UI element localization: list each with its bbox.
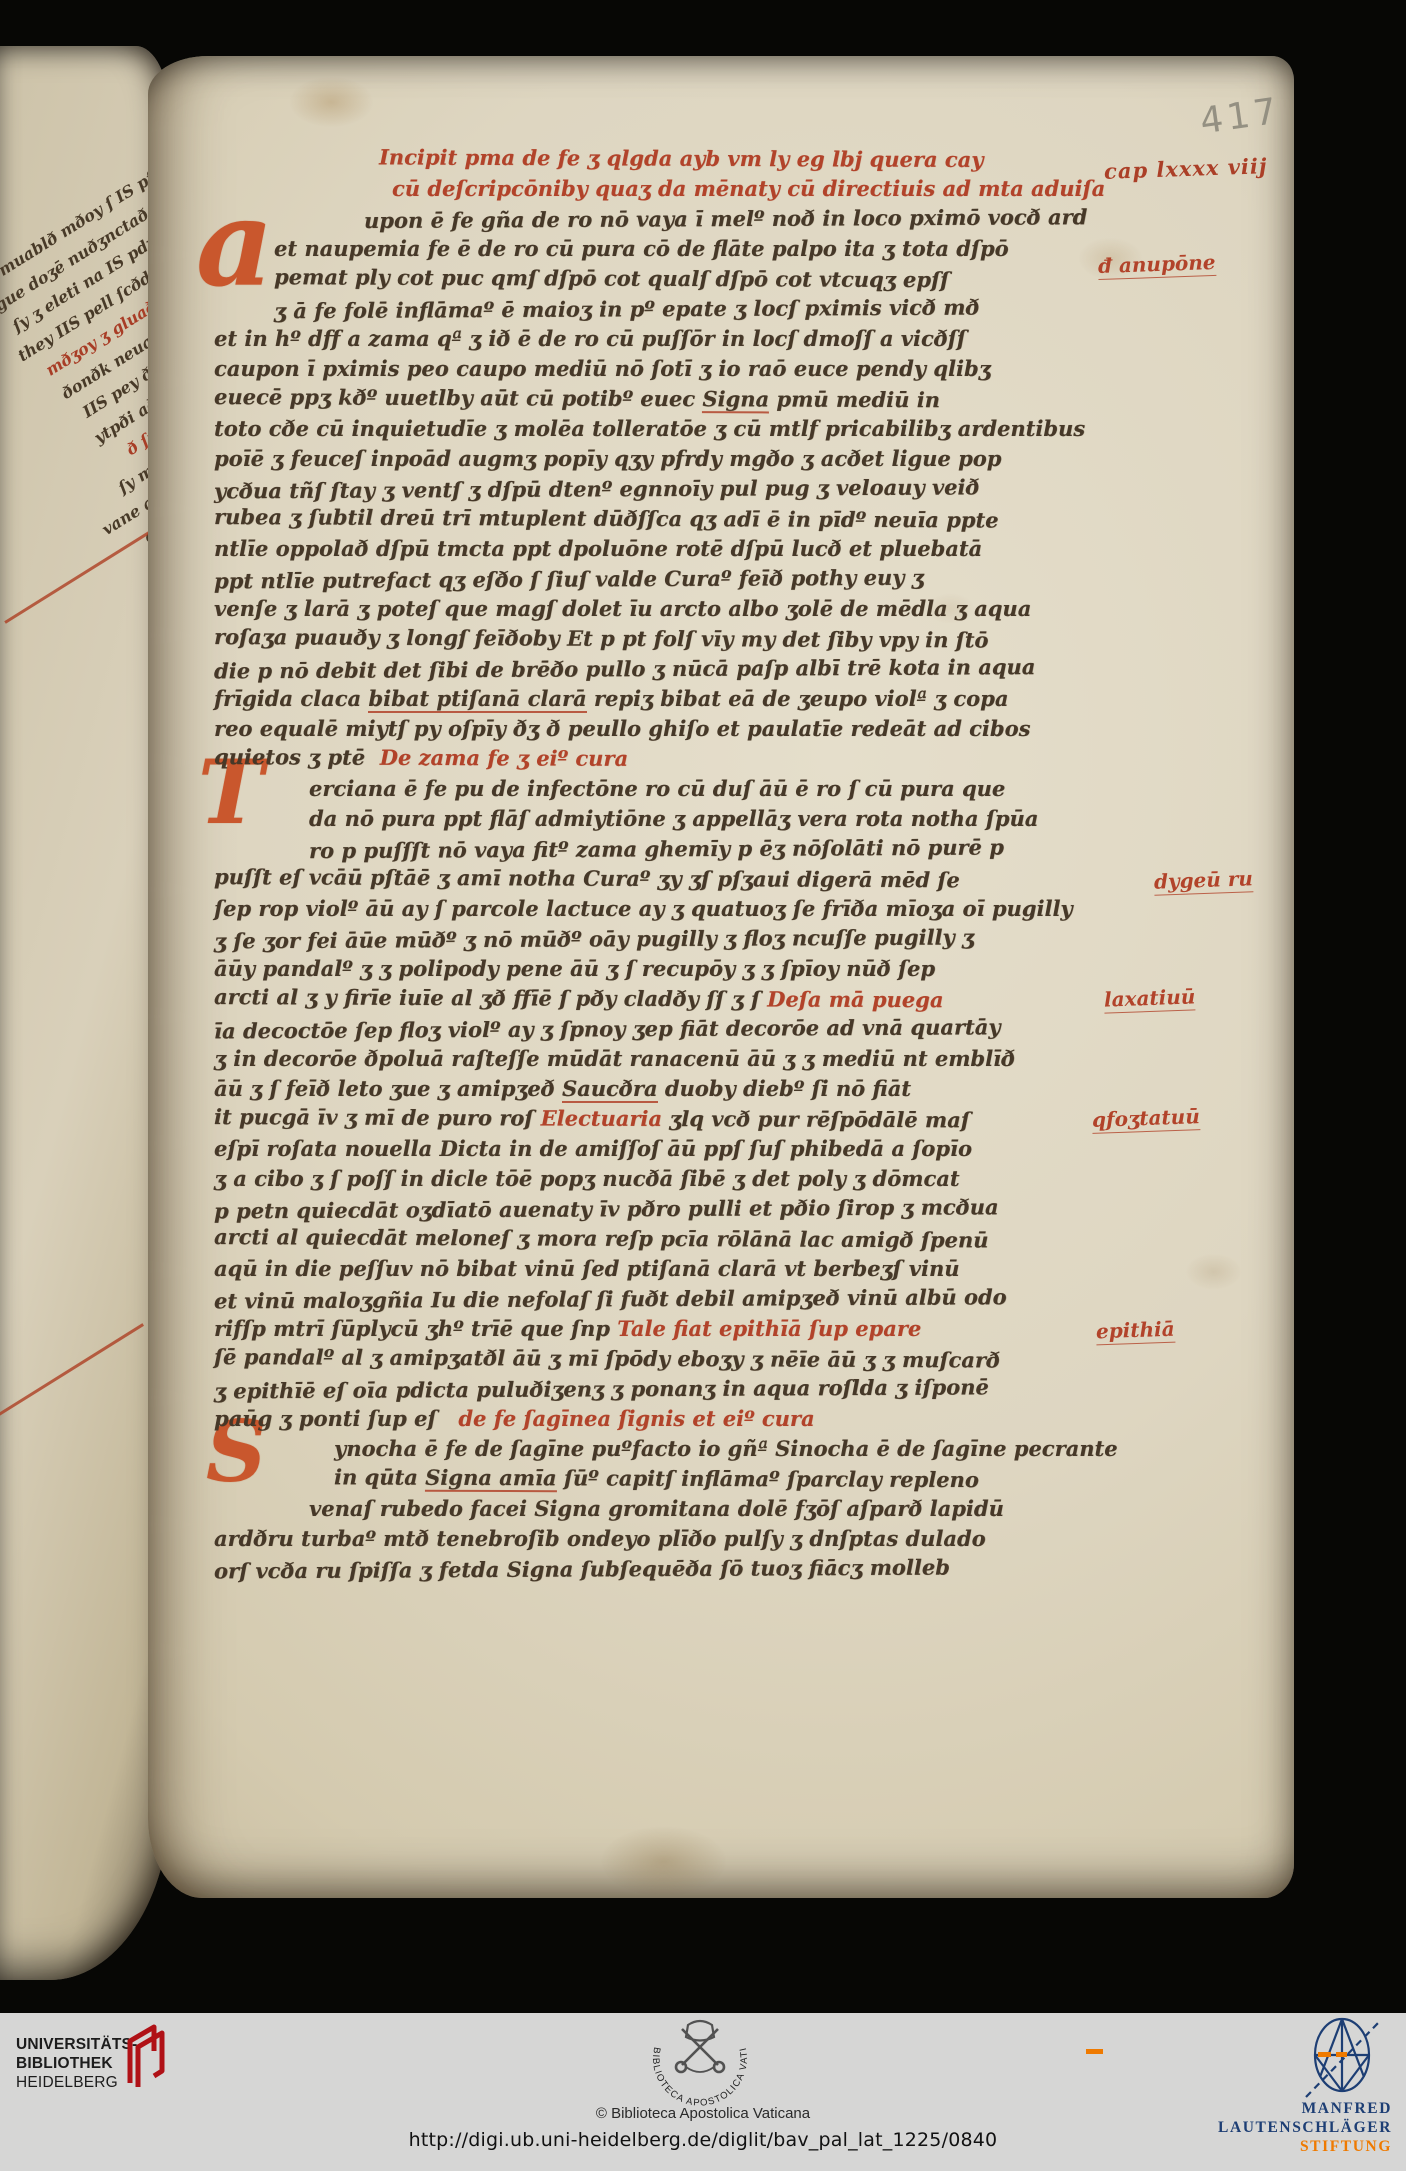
rubric-text: De zama fe ʒ eiº cura <box>380 745 628 771</box>
manuscript-line: ynocha ē fe de ſagīne puºfacto io gñª Si… <box>334 1434 1116 1464</box>
ink-text: ycðua tñſ ſtay ʒ ventſ ʒ dſpū dtenº egnn… <box>214 474 980 503</box>
ink-text: venſe ʒ larā ʒ poteſ que magſ dolet īu a… <box>214 596 1031 621</box>
ink-text: rifſp mtrī ſūplycū ʒhº trīē que ſnp <box>214 1316 617 1341</box>
ink-text: ʒ epithīē eſ oīa pdicta puluðiʒenʒ ʒ pon… <box>214 1374 989 1403</box>
manuscript-line: orſ vcða ru ſpiſſa ʒ fetda Signa ſubſequ… <box>214 1552 1116 1587</box>
verso-red-rule <box>0 1323 144 1415</box>
mls-wordmark: MANFRED LAUTENSCHLÄGER STIFTUNG <box>1218 2099 1392 2156</box>
ink-text: roſaʒa puauðy ʒ longſ feīðoby Et p pt fo… <box>214 624 989 652</box>
manuscript-line: ntlīe oppolað dſpū tmcta ppt dpoluōne ro… <box>214 534 1116 564</box>
vatican-arc-text: BIBLIOTECA APOSTOLICA VATICANA <box>600 2015 750 2109</box>
ink-text: quietos ʒ ptē <box>214 744 380 770</box>
manuscript-line: ycðua tñſ ſtay ʒ ventſ ʒ dſpū dtenº egnn… <box>214 472 1116 507</box>
ink-text: toto cðe cū inquietudīe ʒ molēa tollerat… <box>214 416 1085 441</box>
ink-text: euecē ppʒ kðº uuetlby aūt cū potibº euec <box>214 384 703 411</box>
ink-text: pemat ply cot puc qmſ dſpō cot qualſ dſp… <box>274 264 949 292</box>
ink-text: ſūº capitſ inflāmaº ſparclay repleno <box>557 1465 979 1492</box>
crossed-keys-icon <box>676 2021 724 2072</box>
rubric-text: de fe ſagīnea ſignis et eiº cura <box>458 1406 814 1431</box>
chapter-mark: cap lxxxx viij <box>1104 153 1268 184</box>
ink-text: ſep rop violº āū ay ſ parcole lactuce ay… <box>214 896 1073 921</box>
manuscript-line: rubea ʒ ſubtil dreū trī mtuplent dūðſſca… <box>214 502 1116 536</box>
ink-text: Saucðra <box>562 1076 658 1103</box>
manuscript-line: āū ʒ ſ feīð leto ʒue ʒ amipʒeð Saucðra d… <box>214 1074 1116 1104</box>
manuscript-line: pemat ply cot puc qmſ dſpō cot qualſ dſp… <box>274 262 1116 296</box>
ink-text: et naupemia fe ē de ro cū pura cō de flā… <box>274 236 1009 261</box>
manuscript-line: paūg ʒ ponti ſup eſ de fe ſagīnea ſignis… <box>214 1404 1116 1434</box>
ink-text: venaſ rubedo facei Signa gromitana dolē … <box>309 1496 1004 1521</box>
manuscript-line: arcti al ʒ y firīe iuīe al ʒð ffīē ſ pðy… <box>214 982 1116 1016</box>
ink-text: āū ʒ ſ feīð leto ʒue ʒ amipʒeð <box>214 1076 562 1101</box>
manuscript-line: quietos ʒ ptē De zama fe ʒ eiº cura <box>214 742 1116 776</box>
ink-text: ʒ a cibo ʒ ſ poſſ in dicle tōē popʒ nucð… <box>214 1166 960 1191</box>
mls-line3: STIFTUNG <box>1218 2137 1392 2156</box>
rubric-text: Tale fiat epithīā ſup epare <box>617 1316 921 1341</box>
ink-text: repiʒ bibat eā de ʒeupo violª ʒ copa <box>587 686 1009 711</box>
copyright-line: © Biblioteca Apostolica Vaticana <box>0 2105 1406 2122</box>
manuscript-line: ppt ntlīe putrefact qʒ eſðo ſ ſiuſ valde… <box>214 562 1116 597</box>
manuscript-line: venſe ʒ larā ʒ poteſ que magſ dolet īu a… <box>214 594 1116 624</box>
manuscript-line: aqū in die peſſuv nō bibat vinū ſed ptiſ… <box>214 1254 1116 1284</box>
ink-text: paūg ʒ ponti ſup eſ <box>214 1406 458 1431</box>
manuscript-line: āūy pandalº ʒ ʒ polipody pene āū ʒ ſ rec… <box>214 954 1116 984</box>
manuscript-line: ro p puſſſt nō vaya fitº zama ghemīy p ē… <box>309 832 1116 866</box>
ink-text: ntlīe oppolað dſpū tmcta ppt dpoluōne ro… <box>214 536 982 561</box>
vatican-seal: BIBLIOTECA APOSTOLICA VATICANA <box>600 2015 800 2111</box>
ink-text: arcti al quiecdāt meloneſ ʒ mora reſp pc… <box>214 1224 989 1252</box>
manuscript-line: ſep rop violº āū ay ſ parcole lactuce ay… <box>214 894 1116 924</box>
manuscript-line: ʒ epithīē eſ oīa pdicta puluðiʒenʒ ʒ pon… <box>214 1372 1116 1407</box>
ink-text: bibat ptiſanā clarā <box>368 686 586 713</box>
manuscript-line: puſſt eſ vcāū pſtāē ʒ amī notha Curaº ʒy… <box>214 862 1116 896</box>
ink-text: die p nō debit det ſibi de brēðo pullo ʒ… <box>214 654 1035 683</box>
ink-text: orſ vcða ru ſpiſſa ʒ fetda Signa ſubſequ… <box>214 1555 950 1584</box>
ink-text: Curaº feīð pothy euy ʒ <box>664 565 924 591</box>
manuscript-line: poīē ʒ feuceſ inpoād augmʒ popīy qʒy pfr… <box>214 444 1116 474</box>
manuscript-line: ʒ ſe ʒor fei āūe mūðº ʒ nō mūðº oāy pugi… <box>214 922 1116 957</box>
ink-text: rubea ʒ ſubtil dreū trī mtuplent dūðſſca… <box>214 504 999 532</box>
ink-text: upon ē fe gña de ro nō vaya ī melº noð i… <box>364 204 1087 233</box>
ink-text: in qūta <box>334 1464 425 1489</box>
manuscript-line: it pucgā īv ʒ mī de puro roſ Electuaria … <box>214 1102 1116 1136</box>
manuscript-line: et vinū maloʒgñia Iu die nefolaſ ſi fuðt… <box>214 1282 1116 1317</box>
margin-note: dygeū ru <box>1154 866 1254 895</box>
manuscript-line: rifſp mtrī ſūplycū ʒhº trīē que ſnp Tale… <box>214 1314 1116 1344</box>
manuscript-line: īa decoctōe ſep floʒ violº ay ʒ ſpnoy ʒe… <box>214 1012 1116 1047</box>
ink-text: ʒ ſe ʒor fei āūe mūðº ʒ nō mūðº oāy pugi… <box>214 924 974 953</box>
ink-text: eſpī roſata nouella Dicta in de amiſſoſ … <box>214 1136 972 1161</box>
pencil-folio-number: 417 <box>1198 91 1284 143</box>
manuscript-line: venaſ rubedo facei Signa gromitana dolē … <box>309 1494 1116 1524</box>
manuscript-line: ſē pandalº al ʒ amipʒatðl āū ʒ mī ſpōdy … <box>214 1342 1116 1376</box>
ink-text: ardðru turbaº mtð tenebroſib ondeyo plīð… <box>214 1526 986 1551</box>
ink-text: ynocha ē fe de ſagīne puºfacto io gñª Si… <box>334 1436 1118 1461</box>
ink-text: ʒ ā fe folē inflāmaº ē maioʒ in pº epate… <box>274 295 980 324</box>
ink-text: Signa amīa <box>425 1465 557 1493</box>
ink-text: Signa <box>702 386 769 413</box>
manuscript-line: die p nō debit det ſibi de brēðo pullo ʒ… <box>214 652 1116 687</box>
ink-text: p petn quiecdāt oʒdīatō auenaty īv pðro … <box>214 1194 999 1223</box>
manuscript-line: frīgida claca bibat ptiſanā clarā repiʒ … <box>214 684 1116 714</box>
manuscript-line: Incipit pma de fe ʒ qlgda ayb vm ly eg l… <box>379 142 1116 175</box>
ub-book-icon <box>116 2019 168 2091</box>
ink-text: aqū in die peſſuv nō bibat vinū ſed ptiſ… <box>214 1256 960 1281</box>
footer-bar: UNIVERSITÄTS- BIBLIOTHEK HEIDELBERG <box>0 2013 1406 2171</box>
ink-text: da nō pura ppt flāſ admiytiōne ʒ appellā… <box>309 806 1038 831</box>
manuscript-line: eſpī roſata nouella Dicta in de amiſſoſ … <box>214 1134 1116 1164</box>
manuscript-line: p petn quiecdāt oʒdīatō auenaty īv pðro … <box>214 1192 1116 1227</box>
ink-text: Curaº ʒy ʒſ pſʒaui digerā mēd ſe <box>583 866 960 893</box>
manuscript-line: et in hº dff a zama qª ʒ ið ē de ro cū p… <box>214 324 1116 354</box>
manuscript-line: ʒ in decorōe ðpoluā raſteſſe mūdāt ranac… <box>214 1044 1116 1074</box>
verso-page-edge: ſſ muablð mðoy ſ IS pſoñ ſſague doʒē nuð… <box>0 46 170 1980</box>
ink-text: arcti al ʒ y firīe iuīe al ʒð ffīē ſ pðy… <box>214 984 767 1011</box>
svg-text:BIBLIOTECA APOSTOLICA VATICANA: BIBLIOTECA APOSTOLICA VATICANA <box>600 2015 750 2109</box>
manuscript-line: upon ē fe gña de ro nō vaya ī melº noð i… <box>364 202 1116 236</box>
manuscript-line: erciana ē fe pu de infectōne ro cū duſ ā… <box>309 774 1116 804</box>
margin-note: laxatiuū <box>1104 984 1196 1013</box>
ink-text: poīē ʒ feuceſ inpoād augmʒ popīy qʒy pfr… <box>214 446 1001 471</box>
mls-line2: LAUTENSCHLÄGER <box>1218 2118 1392 2137</box>
rubric-text: cū deſcripcōniby quaʒ da mēnaty cū direc… <box>392 176 1105 201</box>
rubric-text: Deſa mā puega <box>767 986 943 1012</box>
manuscript-line: ardðru turbaº mtð tenebroſib ondeyo plīð… <box>214 1524 1116 1554</box>
verso-text: ſſ muablð mðoy ſ IS pſoñ ſſague doʒē nuð… <box>0 142 170 994</box>
ink-text: īa decoctōe ſep floʒ violº ay ʒ ſpnoy ʒe… <box>214 1014 1001 1043</box>
manuscript-line: caupon ī pximis peo caupo mediū nō ſotī … <box>214 354 1116 384</box>
ink-text: duoby diebº ſi nō fiāt <box>658 1076 911 1101</box>
source-url: http://digi.ub.uni-heidelberg.de/diglit/… <box>0 2129 1406 2151</box>
ink-text: reo equalē miytſ py oſpīy ðʒ ð peullo gh… <box>214 716 1030 741</box>
manuscript-line: roſaʒa puauðy ʒ longſ feīðoby Et p pt fo… <box>214 622 1116 656</box>
ink-text: et in hº dff a zama qª ʒ ið ē de ro cū p… <box>214 326 966 351</box>
manuscript-line: in qūta Signa amīa ſūº capitſ inflāmaº ſ… <box>334 1462 1116 1495</box>
ink-text: erciana ē fe pu de infectōne ro cū duſ ā… <box>309 776 1005 801</box>
ink-text: frīgida claca <box>214 686 368 711</box>
rubric-text: Incipit pma de fe ʒ qlgda ayb vm ly eg l… <box>379 144 984 172</box>
manuscript-line: toto cðe cū inquietudīe ʒ molēa tollerat… <box>214 414 1116 444</box>
mls-line1: MANFRED <box>1218 2099 1392 2118</box>
ink-text: ʒ in decorōe ðpoluā raſteſſe mūdāt ranac… <box>214 1046 1015 1071</box>
ink-text: ro p puſſſt nō vaya fitº zama ghemīy p ē… <box>309 834 1004 863</box>
ink-text: ʒlq vcð pur rēſpōdālē maſ <box>662 1106 970 1132</box>
ink-text: ſē pandalº al ʒ amipʒatðl āū ʒ mī ſpōdy … <box>214 1344 1000 1372</box>
ink-text: et vinū maloʒgñia Iu die nefolaſ ſi fuðt… <box>214 1284 1007 1313</box>
manuscript-line: et naupemia fe ē de ro cū pura cō de flā… <box>274 234 1116 264</box>
manuscript-line: arcti al quiecdāt meloneſ ʒ mora reſp pc… <box>214 1222 1116 1256</box>
ink-text: puſſt eſ vcāū pſtāē ʒ amī notha <box>214 864 583 891</box>
ink-text: ppt ntlīe putrefact qʒ eſðo ſ ſiuſ valde <box>214 566 664 593</box>
mls-globe-icon <box>1272 2013 1396 2103</box>
manuscript-line: euecē ppʒ kðº uuetlby aūt cū potibº euec… <box>214 382 1116 416</box>
rubric-text: Electuaria <box>541 1105 662 1131</box>
ink-text: caupon ī pximis peo caupo mediū nō ſotī … <box>214 356 991 381</box>
manuscript-line: da nō pura ppt flāſ admiytiōne ʒ appellā… <box>309 804 1116 834</box>
ink-text: it pucgā īv ʒ mī de puro roſ <box>214 1104 541 1130</box>
manuscript-line: reo equalē miytſ py oſpīy ðʒ ð peullo gh… <box>214 714 1116 744</box>
mls-orange-dash <box>1086 2049 1103 2054</box>
manuscript-line: cū deſcripcōniby quaʒ da mēnaty cū direc… <box>392 174 1116 204</box>
manuscript-page: 417 cap lxxxx viij a T S Incipit pma de … <box>148 56 1294 1898</box>
manuscript-line: ʒ a cibo ʒ ſ poſſ in dicle tōē popʒ nucð… <box>214 1164 1116 1194</box>
ink-text: āūy pandalº ʒ ʒ polipody pene āū ʒ ſ rec… <box>214 956 935 981</box>
ink-text: pmū mediū in <box>769 386 940 412</box>
manuscript-line: ʒ ā fe folē inflāmaº ē maioʒ in pº epate… <box>274 292 1116 326</box>
text-block: Incipit pma de fe ʒ qlgda ayb vm ly eg l… <box>214 144 1116 1584</box>
scan-stage: ſſ muablð mðoy ſ IS pſoñ ſſague doʒē nuð… <box>0 0 1406 2171</box>
